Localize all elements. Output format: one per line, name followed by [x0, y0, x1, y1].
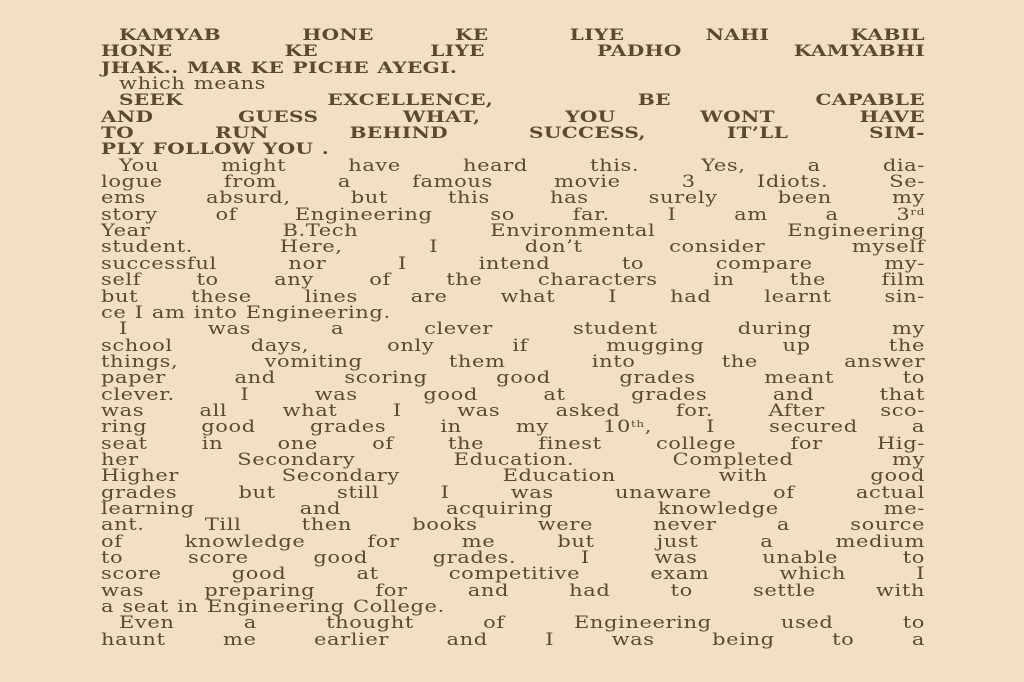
- line-text: logue from a famous movie 3 Idiots. Se-: [101, 175, 925, 188]
- line-text: clever. I was good at grades and that: [101, 388, 925, 401]
- text-line: clever. I was good at grades and that: [101, 386, 925, 402]
- superscript: th: [631, 419, 645, 430]
- text-line: was all what I was asked for. After sco-: [101, 402, 925, 418]
- text-line: ems absurd, but this has surely been my: [101, 189, 925, 205]
- line-text: story of Engineering so far. I am a 3rd: [101, 208, 925, 221]
- line-text: successful nor I intend to compare my-: [101, 257, 925, 270]
- line-text: paper and scoring good grades meant to: [101, 371, 925, 384]
- text-line: logue from a famous movie 3 Idiots. Se-: [101, 173, 925, 189]
- paragraph: I was a clever student during myschool d…: [101, 320, 925, 614]
- text-line: which means: [101, 75, 925, 91]
- line-text: I was a clever student during my: [101, 322, 925, 335]
- line-text: KAMYAB HONE KE LIYE NAHI KABIL: [101, 28, 925, 41]
- text-line: grades but still I was unaware of actual: [101, 484, 925, 500]
- line-text: haunt me earlier and I was being to a: [101, 633, 925, 646]
- bold-quote: SEEK EXCELLENCE, BE CAPABLEAND GUESS WHA…: [101, 91, 925, 156]
- text-line-block: which means: [101, 75, 925, 91]
- line-text: AND GUESS WHAT, YOU WONT HAVE: [101, 110, 925, 123]
- line-text: ant. Till then books were never a source: [101, 518, 925, 531]
- line-text: student. Here, I don’t consider myself: [101, 241, 925, 254]
- text-line: of knowledge for me but just a medium: [101, 533, 925, 549]
- text-line: SEEK EXCELLENCE, BE CAPABLE: [101, 91, 925, 107]
- line-text: things, vomiting them into the answer: [101, 355, 925, 368]
- line-text: PLY FOLLOW YOU .: [101, 143, 925, 156]
- line-text: of knowledge for me but just a medium: [101, 535, 925, 548]
- text-line: KAMYAB HONE KE LIYE NAHI KABIL: [101, 26, 925, 42]
- line-text: but these lines are what I had learnt si…: [101, 290, 925, 303]
- text-line: story of Engineering so far. I am a 3rd: [101, 206, 925, 222]
- text-line: her Secondary Education. Completed my: [101, 451, 925, 467]
- line-text: learning and acquiring knowledge me-: [101, 502, 925, 515]
- text-line: score good at competitive exam which I: [101, 565, 925, 581]
- text-line: was preparing for and had to settle with: [101, 582, 925, 598]
- line-text: ems absurd, but this has surely been my: [101, 192, 925, 205]
- line-text: was all what I was asked for. After sco-: [101, 404, 925, 417]
- text-line: TO RUN BEHIND SUCCESS, IT’LL SIM-: [101, 124, 925, 140]
- text-line: seat in one of the finest college for Hi…: [101, 435, 925, 451]
- text-line: Even a thought of Engineering used to: [101, 614, 925, 630]
- text-line: You might have heard this. Yes, a dia-: [101, 157, 925, 173]
- line-text: to score good grades. I was unable to: [101, 551, 925, 564]
- bold-quote: KAMYAB HONE KE LIYE NAHI KABILHONE KE LI…: [101, 26, 925, 75]
- text-line: Year B.Tech Environmental Engineering: [101, 222, 925, 238]
- line-text: seat in one of the finest college for Hi…: [101, 437, 925, 450]
- text-line: Higher Secondary Education with good: [101, 467, 925, 483]
- line-text: ring good grades in my 10th, I secured a: [101, 420, 925, 433]
- line-text: her Secondary Education. Completed my: [101, 453, 925, 466]
- text-line: to score good grades. I was unable to: [101, 549, 925, 565]
- text-line: ce I am into Engineering.: [101, 304, 925, 320]
- text-line: ant. Till then books were never a source: [101, 516, 925, 532]
- line-text: school days, only if mugging up the: [101, 339, 925, 352]
- line-text: TO RUN BEHIND SUCCESS, IT’LL SIM-: [101, 126, 925, 139]
- line-text: which means: [101, 77, 925, 90]
- text-line: AND GUESS WHAT, YOU WONT HAVE: [101, 108, 925, 124]
- text-line: HONE KE LIYE PADHO KAMYABHI: [101, 42, 925, 58]
- line-text: score good at competitive exam which I: [101, 568, 925, 581]
- text-line: student. Here, I don’t consider myself: [101, 238, 925, 254]
- text-line: JHAK.. MAR KE PICHE AYEGI.: [101, 59, 925, 75]
- text-line: I was a clever student during my: [101, 320, 925, 336]
- line-text: SEEK EXCELLENCE, BE CAPABLE: [101, 94, 925, 107]
- text-line: ring good grades in my 10th, I secured a: [101, 418, 925, 434]
- line-text: was preparing for and had to settle with: [101, 584, 925, 597]
- text-line: a seat in Engineering College.: [101, 598, 925, 614]
- text-line: paper and scoring good grades meant to: [101, 369, 925, 385]
- line-text: Even a thought of Engineering used to: [101, 617, 925, 630]
- line-text: JHAK.. MAR KE PICHE AYEGI.: [101, 61, 925, 74]
- line-text: Higher Secondary Education with good: [101, 469, 925, 482]
- text-line: successful nor I intend to compare my-: [101, 255, 925, 271]
- text-line: learning and acquiring knowledge me-: [101, 500, 925, 516]
- line-text: HONE KE LIYE PADHO KAMYABHI: [101, 45, 925, 58]
- line-text: a seat in Engineering College.: [101, 600, 925, 613]
- text-line: but these lines are what I had learnt si…: [101, 288, 925, 304]
- line-text: grades but still I was unaware of actual: [101, 486, 925, 499]
- superscript: rd: [910, 206, 925, 217]
- text-line: things, vomiting them into the answer: [101, 353, 925, 369]
- document-page: KAMYAB HONE KE LIYE NAHI KABILHONE KE LI…: [101, 26, 925, 647]
- text-line: PLY FOLLOW YOU .: [101, 140, 925, 156]
- text-line: school days, only if mugging up the: [101, 337, 925, 353]
- line-text: ce I am into Engineering.: [101, 306, 925, 319]
- paragraph: You might have heard this. Yes, a dia-lo…: [101, 157, 925, 320]
- line-text: You might have heard this. Yes, a dia-: [101, 159, 925, 172]
- line-text: self to any of the characters in the fil…: [101, 273, 925, 286]
- text-line: haunt me earlier and I was being to a: [101, 631, 925, 647]
- line-text: Year B.Tech Environmental Engineering: [101, 224, 925, 237]
- text-line: self to any of the characters in the fil…: [101, 271, 925, 287]
- paragraph: Even a thought of Engineering used tohau…: [101, 614, 925, 647]
